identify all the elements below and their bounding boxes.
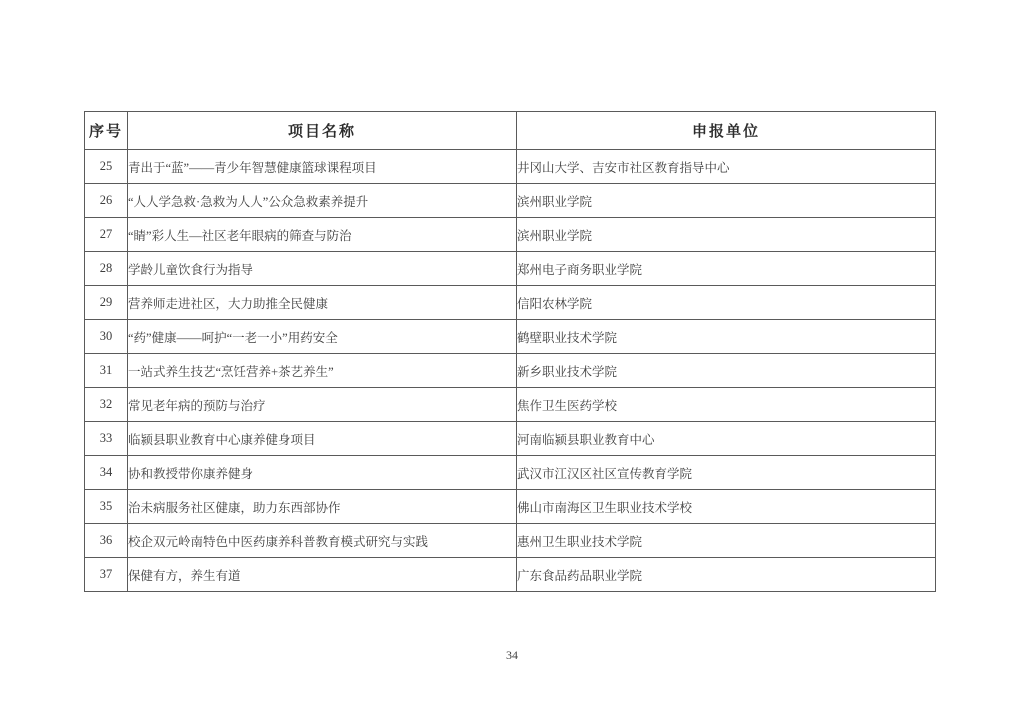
applicant-unit-cell: 井冈山大学、吉安市社区教育指导中心 [517, 150, 936, 184]
project-name-cell: “药”健康——呵护“一老一小”用药安全 [128, 320, 517, 354]
header-cell-applicant-unit: 申报单位 [517, 112, 936, 150]
page-number: 34 [0, 648, 1024, 663]
table-row: 27 “睛”彩人生—社区老年眼病的筛查与防治 滨州职业学院 [85, 218, 936, 252]
serial-cell: 35 [85, 490, 128, 524]
table-row: 28 学龄儿童饮食行为指导 郑州电子商务职业学院 [85, 252, 936, 286]
applicant-unit-cell: 焦作卫生医药学校 [517, 388, 936, 422]
table-row: 37 保健有方，养生有道 广东食品药品职业学院 [85, 558, 936, 592]
table-row: 29 营养师走进社区，大力助推全民健康 信阳农林学院 [85, 286, 936, 320]
table-row: 25 青出于“蓝”——青少年智慧健康篮球课程项目 井冈山大学、吉安市社区教育指导… [85, 150, 936, 184]
applicant-unit-cell: 武汉市江汉区社区宣传教育学院 [517, 456, 936, 490]
serial-cell: 29 [85, 286, 128, 320]
applicant-unit-cell: 新乡职业技术学院 [517, 354, 936, 388]
applicant-unit-cell: 滨州职业学院 [517, 218, 936, 252]
project-name-cell: 青出于“蓝”——青少年智慧健康篮球课程项目 [128, 150, 517, 184]
table-row: 32 常见老年病的预防与治疗 焦作卫生医药学校 [85, 388, 936, 422]
project-name-cell: “人人学急救·急救为人人”公众急救素养提升 [128, 184, 517, 218]
serial-cell: 30 [85, 320, 128, 354]
serial-cell: 25 [85, 150, 128, 184]
project-name-cell: 常见老年病的预防与治疗 [128, 388, 517, 422]
serial-cell: 26 [85, 184, 128, 218]
serial-cell: 28 [85, 252, 128, 286]
applicant-unit-cell: 河南临颍县职业教育中心 [517, 422, 936, 456]
applicant-unit-cell: 佛山市南海区卫生职业技术学校 [517, 490, 936, 524]
table-row: 34 协和教授带你康养健身 武汉市江汉区社区宣传教育学院 [85, 456, 936, 490]
applicant-unit-cell: 广东食品药品职业学院 [517, 558, 936, 592]
table-row: 30 “药”健康——呵护“一老一小”用药安全 鹤壁职业技术学院 [85, 320, 936, 354]
serial-cell: 34 [85, 456, 128, 490]
project-name-cell: 保健有方，养生有道 [128, 558, 517, 592]
serial-cell: 36 [85, 524, 128, 558]
table-header-row: 序号 项目名称 申报单位 [85, 112, 936, 150]
serial-cell: 32 [85, 388, 128, 422]
applicant-unit-cell: 信阳农林学院 [517, 286, 936, 320]
header-cell-serial: 序号 [85, 112, 128, 150]
project-name-cell: 治未病服务社区健康，助力东西部协作 [128, 490, 517, 524]
serial-cell: 31 [85, 354, 128, 388]
applicant-unit-cell: 滨州职业学院 [517, 184, 936, 218]
applicant-unit-cell: 惠州卫生职业技术学院 [517, 524, 936, 558]
applicant-unit-cell: 郑州电子商务职业学院 [517, 252, 936, 286]
table-row: 26 “人人学急救·急救为人人”公众急救素养提升 滨州职业学院 [85, 184, 936, 218]
document-page: 序号 项目名称 申报单位 25 青出于“蓝”——青少年智慧健康篮球课程项目 井冈… [0, 0, 1024, 724]
project-name-cell: “睛”彩人生—社区老年眼病的筛查与防治 [128, 218, 517, 252]
serial-cell: 33 [85, 422, 128, 456]
applicant-unit-cell: 鹤壁职业技术学院 [517, 320, 936, 354]
project-name-cell: 营养师走进社区，大力助推全民健康 [128, 286, 517, 320]
project-name-cell: 一站式养生技艺“烹饪营养+茶艺养生” [128, 354, 517, 388]
project-approval-table: 序号 项目名称 申报单位 25 青出于“蓝”——青少年智慧健康篮球课程项目 井冈… [84, 111, 936, 592]
project-name-cell: 校企双元岭南特色中医药康养科普教育模式研究与实践 [128, 524, 517, 558]
serial-cell: 37 [85, 558, 128, 592]
table-row: 33 临颍县职业教育中心康养健身项目 河南临颍县职业教育中心 [85, 422, 936, 456]
table-row: 35 治未病服务社区健康，助力东西部协作 佛山市南海区卫生职业技术学校 [85, 490, 936, 524]
table-row: 36 校企双元岭南特色中医药康养科普教育模式研究与实践 惠州卫生职业技术学院 [85, 524, 936, 558]
serial-cell: 27 [85, 218, 128, 252]
project-name-cell: 临颍县职业教育中心康养健身项目 [128, 422, 517, 456]
project-name-cell: 学龄儿童饮食行为指导 [128, 252, 517, 286]
project-name-cell: 协和教授带你康养健身 [128, 456, 517, 490]
table-row: 31 一站式养生技艺“烹饪营养+茶艺养生” 新乡职业技术学院 [85, 354, 936, 388]
header-cell-project-name: 项目名称 [128, 112, 517, 150]
